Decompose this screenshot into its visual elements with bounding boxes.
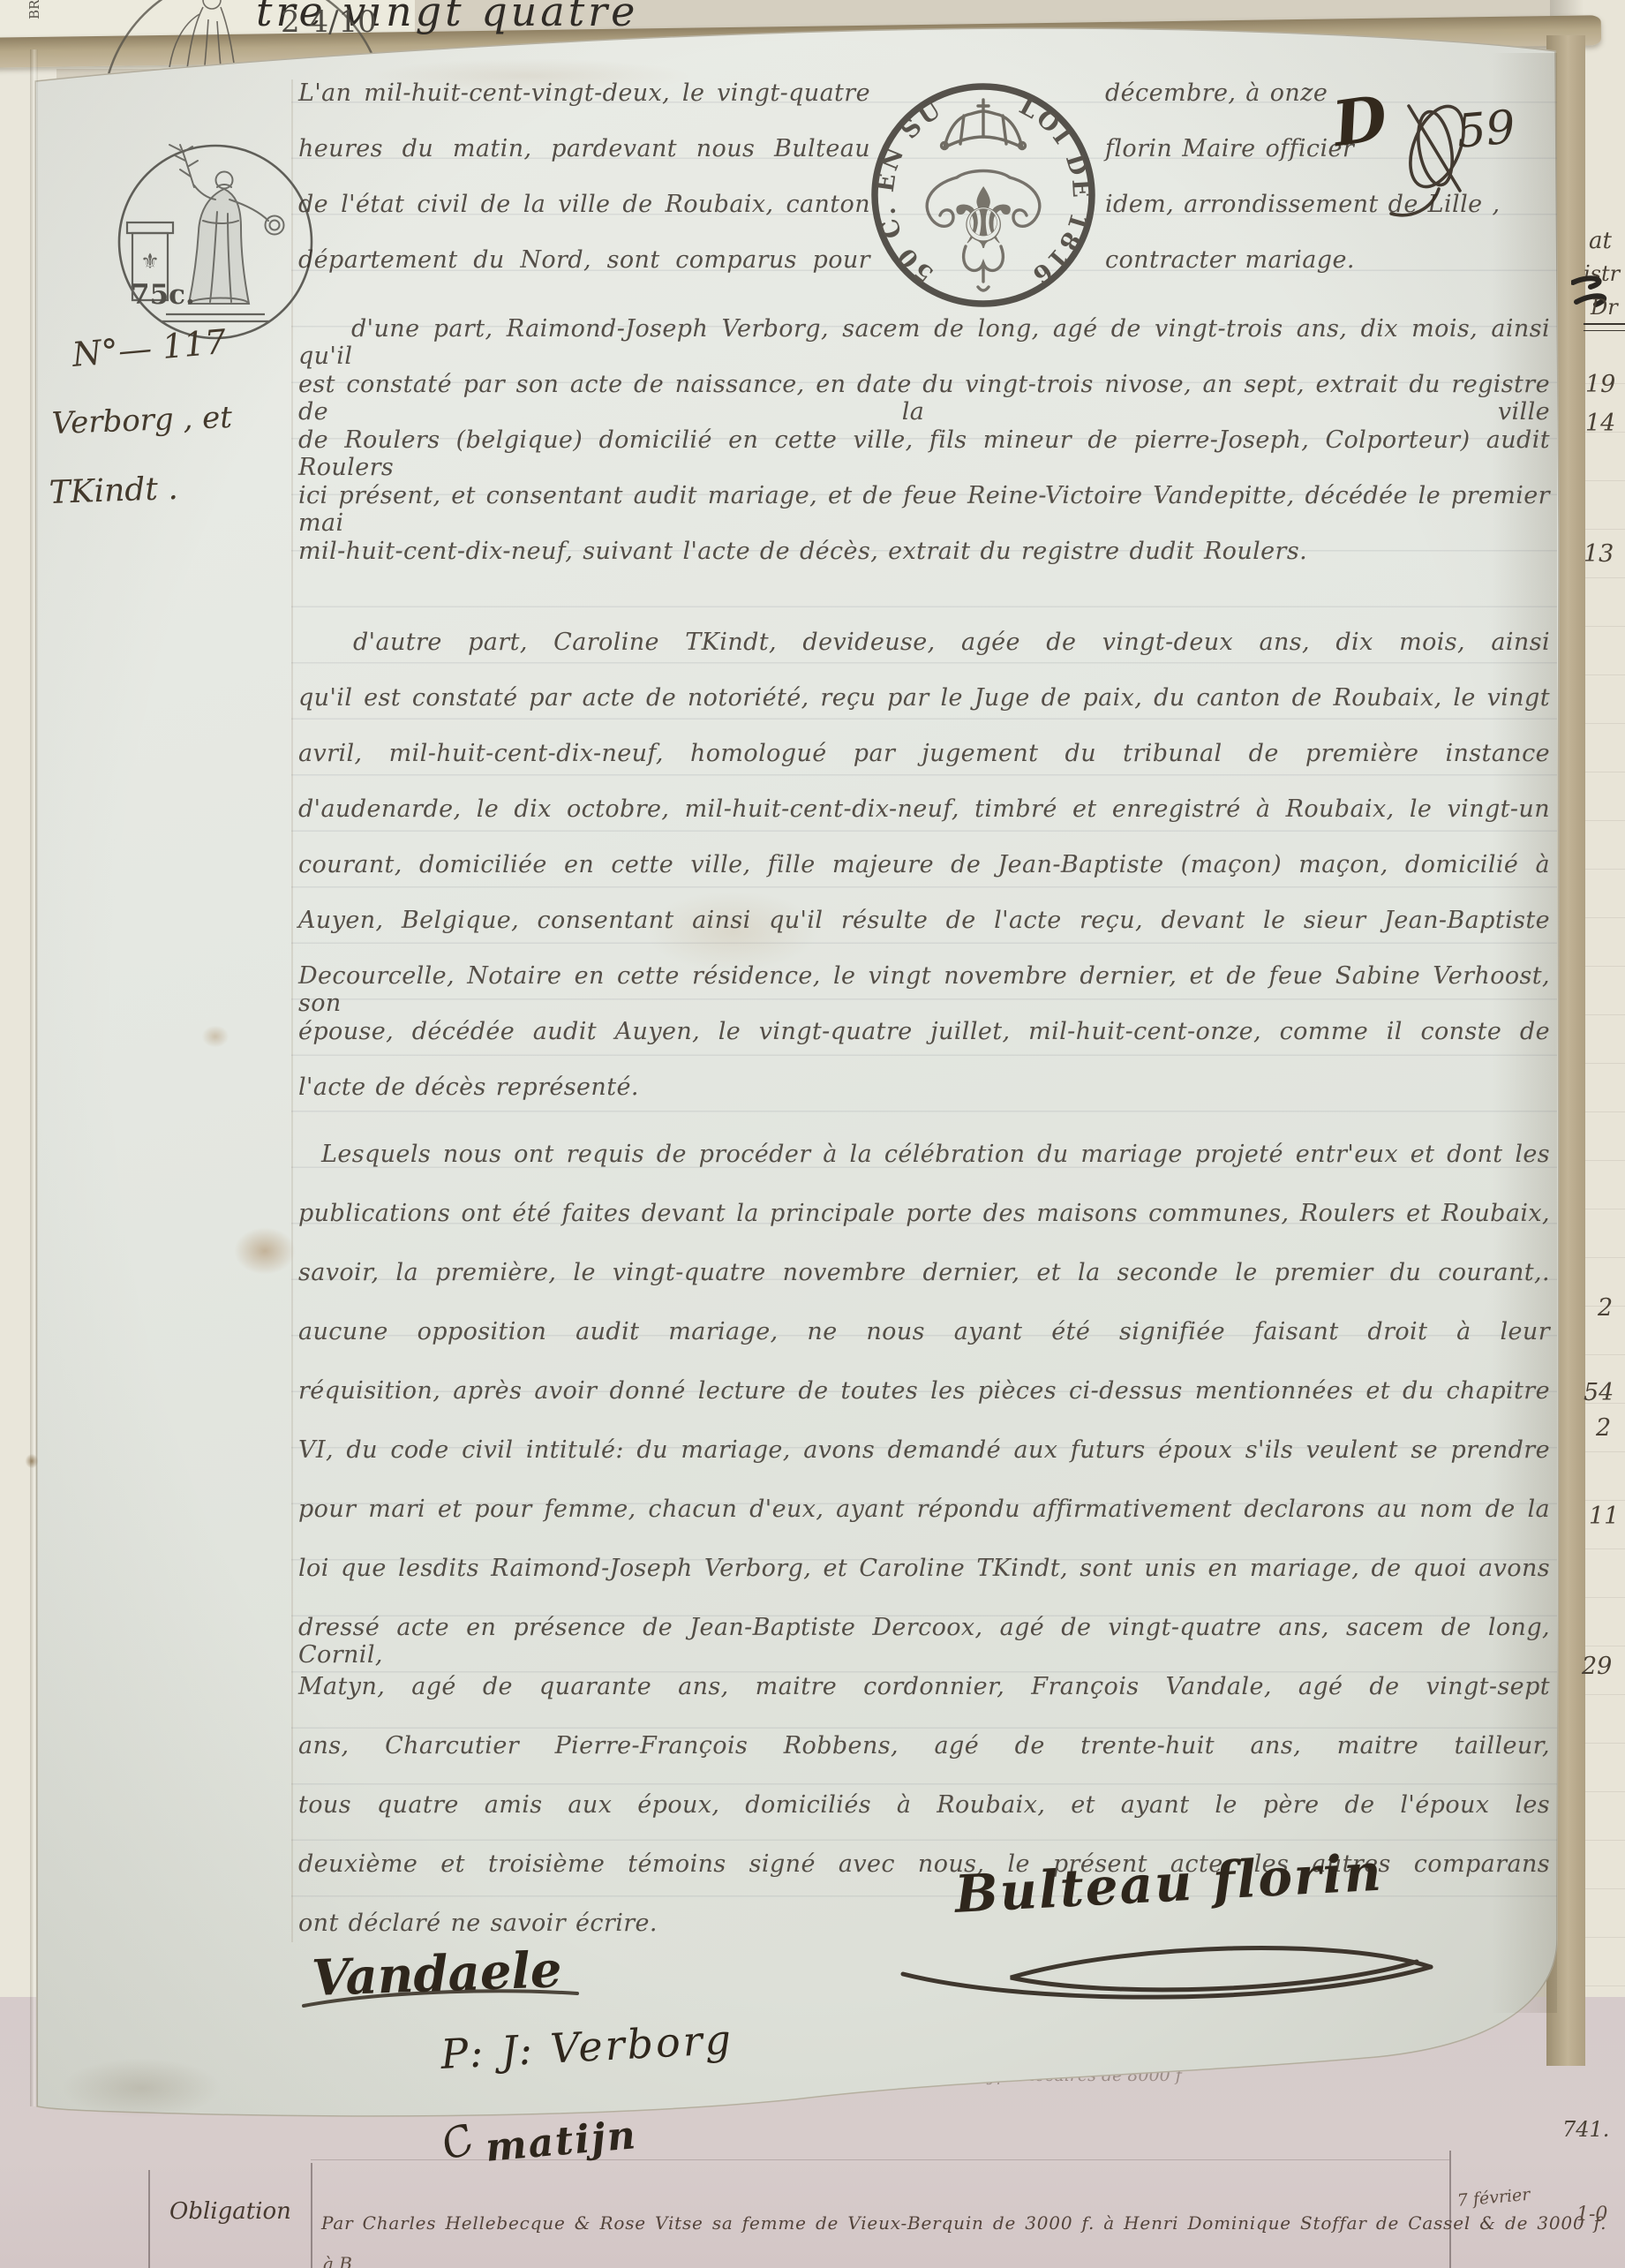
body-line: de Roulers (belgique) domicilié en cette… [298, 426, 1550, 481]
side-number: 54 [1584, 1379, 1614, 1406]
side-number: 11 [1589, 1503, 1619, 1530]
body-line: tous quatre amis aux époux, domiciliés à… [298, 1791, 1550, 1819]
body-line: dressé acte en présence de Jean-Baptiste… [298, 1614, 1550, 1669]
body-line: d'audenarde, le dix octobre, mil-huit-ce… [298, 795, 1550, 823]
side-number: 29 [1582, 1653, 1612, 1680]
body-line: savoir, la première, le vingt-quatre nov… [298, 1259, 1550, 1286]
body-line: Lesquels nous ont requis de procéder à l… [298, 1141, 1550, 1168]
body-line: ans, Charcutier Pierre-François Robbens,… [298, 1732, 1550, 1759]
body-line: de l'état civil de la ville de Roubaix, … [298, 191, 870, 218]
side-number: 19 [1585, 371, 1615, 398]
body-line: pour mari et pour femme, chacun d'eux, a… [298, 1496, 1550, 1523]
margin-name-groom: Verborg , et [51, 400, 233, 441]
signature-vandaele-stroke [300, 1979, 583, 2015]
side-fragment: at [1589, 228, 1612, 254]
side-number: 14 [1585, 410, 1615, 437]
body-line: florin Maire officier [1105, 135, 1354, 162]
body-line: Matyn, agé de quarante ans, maitre cordo… [298, 1673, 1550, 1700]
scanned-register-page: et pour toutes sommes hypothécaires de 8… [0, 0, 1625, 2268]
body-line: Decourcelle, Notaire en cette résidence,… [298, 962, 1550, 1017]
body-line: loi que lesdits Raimond-Joseph Verborg, … [298, 1555, 1550, 1582]
side-double-rule [1584, 323, 1625, 331]
folio-number: 59 [1455, 101, 1517, 159]
body-line: département du Nord, sont comparus pour [298, 246, 870, 274]
body-line: d'une part, Raimond-Joseph Verborg, sace… [298, 315, 1550, 370]
body-line: L'an mil-huit-cent-vingt-deux, le vingt-… [298, 79, 870, 107]
body-line: contracter mariage. [1105, 246, 1355, 274]
body-line: décembre, à onze [1105, 79, 1328, 107]
bottom-shadow [35, 2048, 247, 2128]
corner-initial: D [1328, 81, 1392, 162]
body-line: avril, mil-huit-cent-dix-neuf, homologué… [298, 740, 1550, 767]
ink-stamp-fleur-icon: ⚜ [945, 170, 1021, 268]
side-number: 741. [1562, 2117, 1609, 2142]
body-line: heures du matin, pardevant nous Bulteau [298, 135, 870, 162]
gutter-crease [30, 49, 38, 2106]
signature-officer-flourish [896, 1923, 1461, 2020]
side-number: 2 [1596, 1414, 1611, 1442]
body-line: ont déclaré ne savoir écrire. [298, 1910, 658, 1937]
foxing-stain [196, 1021, 235, 1052]
side-number: 13 [1584, 540, 1614, 568]
body-line: VI, du code civil intitulé: du mariage, … [298, 1436, 1550, 1464]
side-fragment: Dr [1591, 295, 1618, 320]
body-line: réquisition, après avoir donné lecture d… [298, 1377, 1550, 1405]
stamp-value: 75c. [131, 279, 195, 311]
body-line: mil-huit-cent-dix-neuf, suivant l'acte d… [298, 538, 1307, 565]
pedestal-fleur-icon: ⚜ [140, 249, 160, 274]
ink-stamp-loi-1816: ⚜ 50 C. EN SUS LOI DE 1816. [861, 73, 1106, 317]
ink-stamp-crown [942, 100, 1026, 149]
body-line: l'acte de décès représenté. [298, 1074, 639, 1101]
side-number: 2 [1598, 1294, 1613, 1322]
body-line: épouse, décédée audit Auyen, le vingt-qu… [298, 1018, 1550, 1045]
body-line: qu'il est constaté par acte de notoriété… [298, 684, 1550, 712]
body-line: Auyen, Belgique, consentant ainsi qu'il … [298, 907, 1550, 934]
ink-dot [23, 1451, 41, 1471]
body-line: est constaté par son acte de naissance, … [298, 371, 1550, 426]
margin-name-bride: TKindt . [49, 471, 178, 511]
body-line: courant, domiciliée en cette ville, fill… [298, 851, 1550, 878]
foxing-stain [222, 1218, 307, 1284]
body-line: publications ont été faites devant la pr… [298, 1200, 1550, 1227]
body-line: aucune opposition audit mariage, ne nous… [298, 1318, 1550, 1345]
body-line: d'autre part, Caroline TKindt, devideuse… [298, 629, 1550, 656]
body-line: ici présent, et consentant audit mariage… [298, 482, 1550, 537]
